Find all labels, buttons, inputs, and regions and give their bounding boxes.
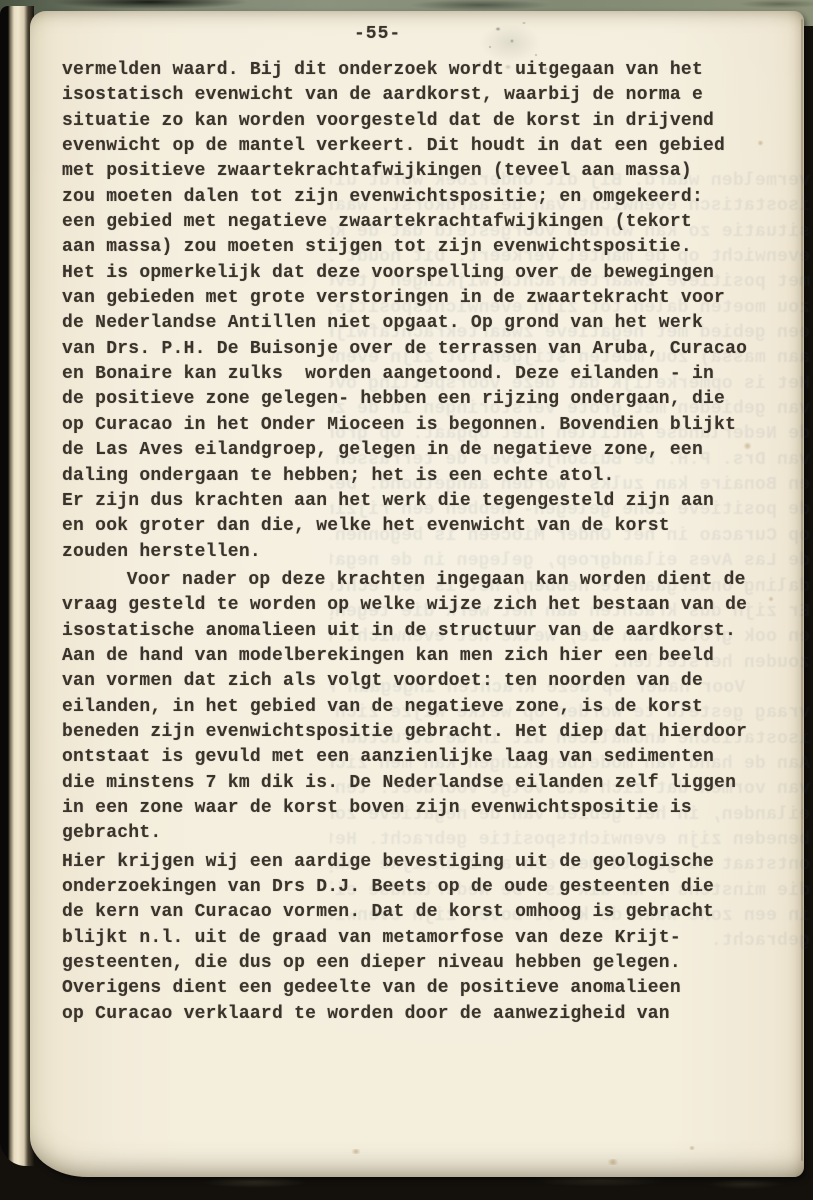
text-line: de Nederlandse Antillen niet opgaat. Op … <box>62 311 762 336</box>
fox-spot <box>743 442 752 450</box>
text-line: beneden zijn evenwichtspositie gebracht.… <box>62 720 762 745</box>
fox-spot <box>688 1146 696 1150</box>
text-line: Het is opmerkelijk dat deze voorspelling… <box>62 261 762 286</box>
text-line: zouden herstellen. <box>62 540 762 565</box>
text-line: van gebieden met grote verstoringen in d… <box>62 286 762 311</box>
paragraph: Voor nader op deze krachten ingegaan kan… <box>62 568 762 847</box>
text-line: de positieve zone gelegen- hebben een ri… <box>62 387 762 412</box>
text-line: de Las Aves eilandgroep, gelegen in de n… <box>62 438 762 463</box>
text-line: met positieve zwaartekrachtafwijkingen (… <box>62 159 762 184</box>
scanned-book-page: vermelden waard. Bij dit onderzoek wordt… <box>0 0 813 1200</box>
text-line: evenwicht op de mantel verkeert. Dit hou… <box>62 134 762 159</box>
text-line: op Curacao in het Onder Mioceen is begon… <box>62 413 762 438</box>
fox-spot <box>350 1149 362 1154</box>
text-line: blijkt n.l. uit de graad van metamorfose… <box>62 926 762 951</box>
text-line: isostatische anomalieen uit in de struct… <box>62 619 762 644</box>
text-line: een gebied met negatieve zwaartekrachtaf… <box>62 210 762 235</box>
text-line: Voor nader op deze krachten ingegaan kan… <box>62 568 762 593</box>
text-line: isostatisch evenwicht van de aardkorst, … <box>62 83 762 108</box>
text-line: en ook groter dan die, welke het evenwic… <box>62 514 762 539</box>
text-line: gebracht. <box>62 821 762 846</box>
fox-spot <box>757 140 764 146</box>
text-line: ontstaat is gevuld met een aanzienlijke … <box>62 745 762 770</box>
text-line: eilanden, in het gebied van de negatieve… <box>62 695 762 720</box>
text-line: Aan de hand van modelberekingen kan men … <box>62 644 762 669</box>
text-line: op Curacao verklaard te worden door de a… <box>62 1002 762 1027</box>
text-line: Overigens dient een gedeelte van de posi… <box>62 976 762 1001</box>
fox-spot <box>768 596 774 602</box>
page-number: -55- <box>354 24 401 44</box>
book-spine-edge <box>0 6 34 1166</box>
paragraph: vermelden waard. Bij dit onderzoek wordt… <box>62 58 762 565</box>
text-line: die minstens 7 km dik is. De Nederlandse… <box>62 771 762 796</box>
text-line: situatie zo kan worden voorgesteld dat d… <box>62 109 762 134</box>
page: vermelden waard. Bij dit onderzoek wordt… <box>30 11 804 1177</box>
text-line: daling ondergaan te hebben; het is een e… <box>62 464 762 489</box>
text-line: de kern van Curacao vormen. Dat de korst… <box>62 900 762 925</box>
text-line: vermelden waard. Bij dit onderzoek wordt… <box>62 58 762 83</box>
text-line: aan massa) zou moeten stijgen tot zijn e… <box>62 235 762 260</box>
text-line: onderzoekingen van Drs D.J. Beets op de … <box>62 875 762 900</box>
text-line: gesteenten, die dus op een dieper niveau… <box>62 951 762 976</box>
text-line: in een zone waar de korst boven zijn eve… <box>62 796 762 821</box>
paragraph: Hier krijgen wij een aardige bevestiging… <box>62 850 762 1027</box>
fox-spot <box>606 1159 620 1165</box>
text-line: en Bonaire kan zulks worden aangetoond. … <box>62 362 762 387</box>
text-line: Er zijn dus krachten aan het werk die te… <box>62 489 762 514</box>
text-line: van Drs. P.H. De Buisonje over de terras… <box>62 337 762 362</box>
text-line: zou moeten dalen tot zijn evenwichtsposi… <box>62 185 762 210</box>
body-text: vermelden waard. Bij dit onderzoek wordt… <box>62 58 762 1027</box>
text-line: vraag gesteld te worden op welke wijze z… <box>62 593 762 618</box>
text-line: Hier krijgen wij een aardige bevestiging… <box>62 850 762 875</box>
text-line: van vormen dat zich als volgt voordoet: … <box>62 669 762 694</box>
